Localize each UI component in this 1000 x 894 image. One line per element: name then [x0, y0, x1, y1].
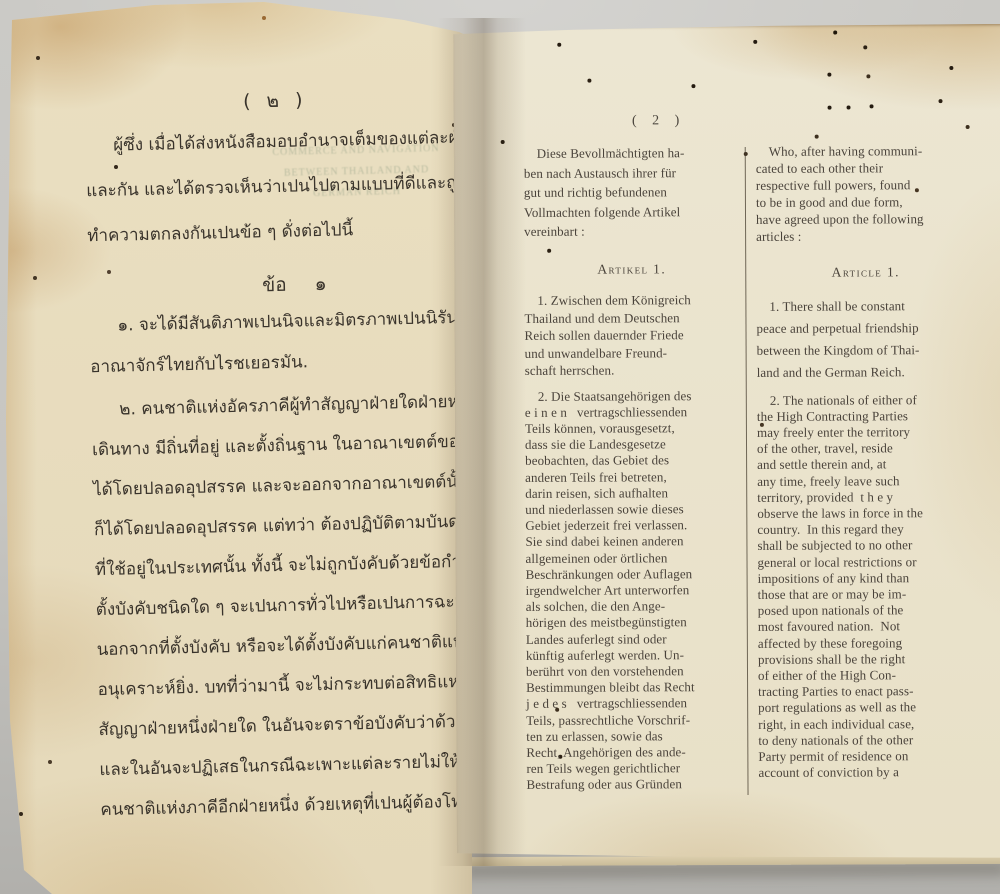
thai-article-2-paragraph: ๒. คนชาติแห่งอัครภาคีผู้ทำสัญญาฝ่ายใดฝ่า…: [91, 382, 472, 831]
english-article-heading: Article 1.: [756, 264, 975, 281]
english-article-paragraph-1: 1. There shall be constant peace and per…: [756, 294, 975, 383]
age-spots-icon: [453, 26, 457, 30]
german-column: Diese Bevollmächtigten ha- ben nach Aust…: [524, 143, 742, 794]
german-article-heading: Artikel 1.: [524, 260, 739, 277]
right-page: ( 2 ) Diese Bevollmächtigten ha- ben nac…: [453, 24, 1000, 860]
column-divider-rule: [745, 147, 749, 795]
thai-text-block: ( ๒ ) ผู้ซึ่ง เมื่อได้ส่งหนังสือมอบอำนาจ…: [82, 0, 464, 4]
thai-page-number: ( ๒ ): [84, 82, 467, 121]
english-column: Who, after having communi- cated to each…: [756, 142, 978, 781]
english-article-paragraph-2: 2. The nationals of either of the High C…: [757, 391, 978, 781]
photo-surface: COMMERCE AND NAVIGATION BETWEEN THAILAND…: [0, 0, 1000, 894]
english-intro-paragraph: Who, after having communi- cated to each…: [756, 142, 975, 245]
german-article-paragraph-1: 1. Zwischen dem Königreich Thailand und …: [524, 291, 739, 379]
page-number: ( 2 ): [584, 113, 734, 130]
german-intro-paragraph: Diese Bevollmächtigten ha- ben nach Aust…: [524, 143, 739, 241]
age-spots-icon: [4, 0, 8, 4]
thai-article-1-paragraph: ๑. จะได้มีสันติภาพเปนนิจและมิตรภาพเปนนิร…: [89, 298, 472, 389]
thai-intro-paragraph: ผู้ซึ่ง เมื่อได้ส่งหนังสือมอบอำนาจเต็มขอ…: [85, 116, 470, 260]
left-page: COMMERCE AND NAVIGATION BETWEEN THAILAND…: [4, 0, 472, 894]
german-article-paragraph-2: 2. Die Staatsangehörigen des e i n e n v…: [525, 387, 742, 793]
